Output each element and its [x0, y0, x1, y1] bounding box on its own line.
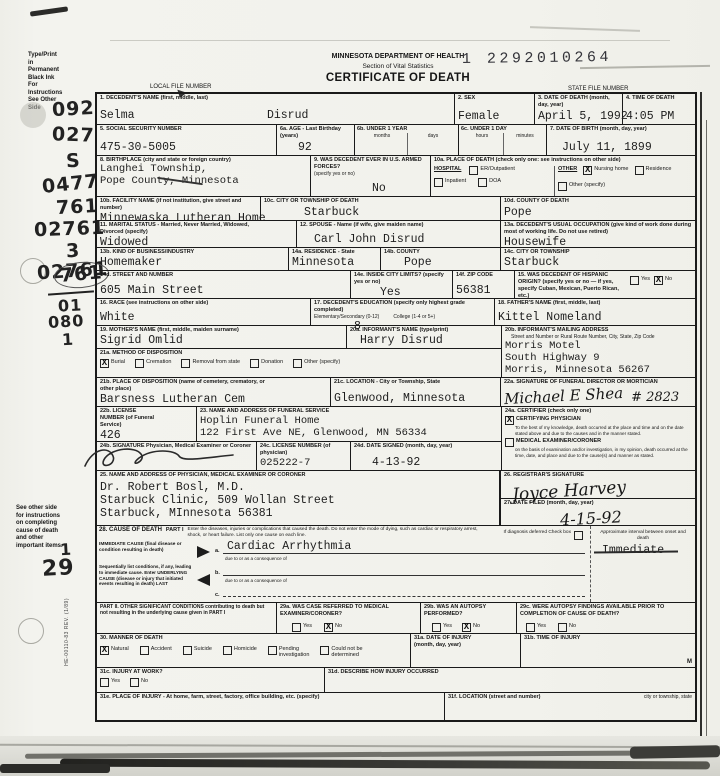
field-sublabel: (specify yes or no): [314, 171, 427, 177]
checkbox-box: [293, 359, 302, 368]
armed-forces-value: No: [372, 182, 427, 195]
field-mother-name: 19. MOTHER'S NAME (first, middle, maiden…: [97, 326, 347, 348]
field-label: 14b. COUNTY: [384, 249, 497, 256]
field-street-number: 14d. STREET AND NUMBER 605 Main Street: [97, 271, 351, 298]
state-file-number-stamp: 1 2292010264: [462, 49, 612, 68]
field-autopsy-performed: 29b. WAS AN AUTOPSY PERFORMED? Yes X No: [421, 603, 517, 633]
checkbox-label: DOA: [489, 178, 501, 184]
residence-county-value: Pope: [404, 256, 497, 269]
physician-signature-scribble: [83, 444, 253, 470]
checkbox-box: X: [462, 623, 471, 632]
field-registrar-signature: 26. REGISTRAR'S SIGNATURE Joyce Harvey: [501, 471, 695, 498]
field-injury-at-work: 31c. INJURY AT WORK? Yes No: [97, 668, 325, 692]
field-label: 7. DATE OF BIRTH (month, day, year): [550, 126, 692, 133]
funeral-director-signature: Michael E Shea: [504, 384, 624, 408]
margin-number: 29: [41, 555, 75, 582]
minutes-sublabel: minutes: [504, 133, 546, 155]
place-of-death-groups: HOSPITAL ER/Outpatient Inpatient: [434, 166, 692, 196]
field-method-of-disposition: 21a. METHOD OF DISPOSITION X Burial Crem…: [97, 349, 501, 373]
line-c-marker: c.: [215, 592, 220, 599]
underlying-cause-stub: Sequentially list conditions, if any, le…: [99, 564, 195, 587]
checkbox-donation: Donation: [250, 359, 283, 368]
time-of-death-value: 4:05 PM: [626, 110, 692, 123]
checkbox-box: [558, 623, 567, 632]
checkbox-box: [268, 646, 277, 655]
city-of-death-value: Starbuck: [304, 206, 497, 219]
cause-line-b: [223, 562, 585, 576]
checkbox-box: X: [100, 646, 109, 655]
checkbox-box: [181, 359, 190, 368]
checkbox-removal-from-state: Removal from state: [181, 359, 240, 368]
field-label: 5. SOCIAL SECURITY NUMBER: [100, 126, 273, 133]
inside-city-limits-value: Yes: [380, 286, 449, 299]
field-under-1-day: 6c. UNDER 1 DAY hours minutes: [459, 125, 547, 155]
checkbox-label: Accident: [151, 646, 172, 652]
cause-arrow-icon: [197, 546, 210, 558]
field-date-of-birth: 7. DATE OF BIRTH (month, day, year) July…: [547, 125, 695, 155]
checkbox-suicide: Suicide: [183, 646, 212, 658]
checkbox-label: No: [665, 276, 672, 282]
checkbox-label: Could not be determined: [331, 646, 362, 658]
field-label: 18. FATHER'S NAME (first, middle, last): [498, 300, 692, 307]
field-label: 10a. PLACE OF DEATH (check only one: see…: [434, 157, 692, 164]
field-label: 14e. INSIDE CITY LIMITS? (specify yes or…: [354, 272, 449, 286]
field-label: 10c. CITY OR TOWNSHIP OF DEATH: [264, 198, 497, 205]
field-residence-city: 14c. CITY OR TOWNSHIP Starbuck: [501, 248, 695, 270]
checkbox-disposition-other: Other (specify): [293, 359, 340, 368]
field-under-1-year: 6b. UNDER 1 YEAR months days: [355, 125, 459, 155]
field-certifier: 24a. CERTIFIER (check only one) X CERTIF…: [501, 407, 695, 470]
physician-line2: Starbuck Clinic, 509 Wollan Street: [100, 494, 496, 507]
informant-address-line2: South Highway 9: [505, 352, 692, 364]
date-signed-value: 4-13-92: [372, 456, 498, 469]
field-label: 31a. DATE OF INJURY (month, day, year): [414, 635, 484, 649]
field-label: 29a. WAS CASE REFERRED TO MEDICAL EXAMIN…: [280, 604, 417, 618]
checkbox-autopsy-yes: Yes: [432, 623, 452, 632]
checkbox-box: [140, 646, 149, 655]
sub-columns: months days: [357, 133, 458, 155]
field-injury-location: 31f. LOCATION (street and number) city o…: [445, 693, 695, 720]
field-hispanic-origin: 15. WAS DECEDENT OF HISPANIC ORIGIN? (sp…: [515, 271, 695, 298]
interval-a-value: Immediate: [602, 544, 664, 557]
part1-label: PART I: [166, 527, 184, 539]
field-label: 6a. AGE - Last Birthday (years): [280, 126, 351, 140]
checkbox-label: Nursing home: [594, 166, 628, 172]
margin-sum-number: 080: [48, 311, 85, 332]
yes-no-row: Yes No: [526, 623, 692, 632]
checkbox-label: Natural: [111, 646, 129, 652]
checkbox-box: [183, 646, 192, 655]
field-date-of-injury: 31a. DATE OF INJURY (month, day, year): [411, 634, 521, 667]
field-marital-status: 11. MARITAL STATUS - Married, Never Marr…: [97, 221, 297, 247]
place-of-disposition-value: Barsness Lutheran Cem: [100, 393, 327, 406]
checkbox-label: Homicide: [234, 646, 257, 652]
punch-hole: [20, 102, 46, 128]
funeral-home-line1: Hoplin Funeral Home: [200, 415, 498, 427]
funeral-license-value: 426: [100, 429, 193, 442]
field-father-name: 18. FATHER'S NAME (first, middle, last) …: [495, 299, 695, 325]
checkbox-box: X: [654, 276, 663, 285]
checkbox-box: [100, 678, 109, 687]
field-label: 17. DECEDENT'S EDUCATION (specify only h…: [314, 300, 491, 314]
checkbox-label: Yes: [641, 276, 650, 282]
field-label: 15. WAS DECEDENT OF HISPANIC ORIGIN? (sp…: [518, 272, 626, 300]
checkbox-findings-no: No: [558, 623, 576, 632]
cause-of-death-section: 28. CAUSE OF DEATH PART I Enter the dise…: [97, 525, 695, 602]
field-age: 6a. AGE - Last Birthday (years) 92: [277, 125, 355, 155]
checkbox-label: No: [141, 678, 148, 684]
age-value: 92: [298, 141, 351, 154]
field-referred-to-examiner: 29a. WAS CASE REFERRED TO MEDICAL EXAMIN…: [277, 603, 421, 633]
checkbox-box: [469, 166, 478, 175]
field-label: 24a. CERTIFIER (check only one): [505, 408, 692, 415]
field-funeral-director-signature: 22a. SIGNATURE OF FUNERAL DIRECTOR OR MO…: [501, 378, 695, 406]
field-label: 13b. KIND OF BUSINESS/INDUSTRY: [100, 249, 285, 256]
field-label: 14d. STREET AND NUMBER: [100, 272, 347, 279]
form-title: CERTIFICATE OF DEATH: [278, 72, 518, 84]
checkbox-mark: X: [507, 415, 512, 425]
cause-line-a: [223, 540, 585, 554]
field-label: 21b. PLACE OF DISPOSITION (name of cemet…: [100, 379, 270, 393]
field-label: 28. CAUSE OF DEATH: [99, 527, 162, 539]
checkbox-other-specify: Other (specify): [558, 182, 605, 191]
injury-location-header: 31f. LOCATION (street and number) city o…: [448, 694, 692, 701]
cause-arrow-icon: [197, 574, 210, 586]
field-label: 10d. COUNTY OF DEATH: [504, 198, 692, 205]
checkbox-residence: Residence: [635, 166, 672, 175]
residence-state-value: Minnesota: [292, 256, 377, 269]
checkbox-label: No: [473, 623, 480, 629]
margin-number: 761: [55, 195, 99, 219]
deferred-label: If diagnosis deferred Check box: [495, 530, 571, 540]
checkbox-label: Burial: [111, 359, 125, 365]
manner-options: X Natural Accident Suicide Homicide: [100, 646, 407, 658]
checkbox-label: No: [335, 623, 342, 629]
checkbox-mark: X: [656, 275, 661, 285]
checkbox-box: X: [583, 166, 592, 175]
field-label: 31c. INJURY AT WORK?: [100, 669, 321, 676]
physician-line3: Starbuck, MInnesota 56381: [100, 507, 496, 520]
field-informant-name: 20a. INFORMANT'S NAME (type/print) Harry…: [347, 326, 501, 348]
field-facility-name: 10b. FACILITY NAME (if not institution, …: [97, 197, 261, 220]
cause-header: 28. CAUSE OF DEATH PART I Enter the dise…: [99, 527, 489, 539]
local-file-number-label: LOCAL FILE NUMBER: [150, 84, 211, 90]
checkbox-label: Yes: [111, 678, 120, 684]
field-birthplace: 8. BIRTHPLACE (city and state or foreign…: [97, 156, 311, 196]
field-label: 3. DATE OF DEATH (month, day, year): [538, 95, 619, 109]
field-disposition-location: 21c. LOCATION - City or Township, State …: [331, 378, 501, 406]
field-label: 31e. PLACE OF INJURY - At home, farm, st…: [100, 694, 441, 701]
checkbox-label: Yes: [443, 623, 452, 629]
hours-sublabel: hours: [461, 133, 504, 155]
checkbox-mark: X: [102, 358, 107, 368]
checkbox-box: [558, 182, 567, 191]
checkbox-box: [130, 678, 139, 687]
field-informant-address: 20b. INFORMANT'S MAILING ADDRESS Street …: [501, 326, 695, 377]
field-label: 20b. INFORMANT'S MAILING ADDRESS: [505, 327, 692, 334]
checkbox-box: X: [324, 623, 333, 632]
field-label: 9. WAS DECEDENT EVER IN U.S. ARMED FORCE…: [314, 157, 427, 171]
checkbox-label: ER/Outpatient: [480, 166, 515, 172]
checkbox-label: Pending investigation: [279, 646, 310, 658]
date-of-death-value: April 5, 1992: [538, 110, 619, 123]
field-label: 31d. DESCRIBE HOW INJURY OCCURRED: [328, 669, 692, 676]
margin-number: S: [65, 150, 81, 173]
checkbox-label: No: [569, 623, 576, 629]
physician-registrar-group: 25. NAME AND ADDRESS OF PHYSICIAN, MEDIC…: [97, 470, 695, 525]
checkbox-label: Residence: [646, 166, 672, 172]
disposition-options: X Burial Cremation Removal from state: [100, 359, 498, 368]
interval-column-divider: [590, 526, 591, 602]
yes-no-row: Yes No: [100, 678, 321, 687]
immediate-cause-stub: IMMEDIATE CAUSE (final disease or condit…: [99, 542, 191, 554]
informant-address-line1: Morris Motel: [505, 340, 692, 352]
hospital-group-label: HOSPITAL: [434, 166, 461, 173]
field-label: PART II. OTHER SIGNIFICANT CONDITIONS co…: [100, 604, 273, 617]
checkbox-mark: X: [326, 622, 331, 632]
field-label: 20a. INFORMANT'S NAME (type/print): [350, 327, 498, 334]
checkbox-box: [292, 623, 301, 632]
yes-no-row: Yes X No: [292, 623, 417, 632]
margin-number: 092: [51, 97, 95, 121]
field-label: 19. MOTHER'S NAME (first, middle, maiden…: [100, 327, 343, 334]
checkbox-label: Yes: [303, 623, 312, 629]
diagnosis-deferred: If diagnosis deferred Check box: [495, 530, 583, 540]
field-physician-signature: 24b. SIGNATURE Physician, Medical Examin…: [97, 442, 257, 470]
birthplace-line2: Pope County, Minnesota: [100, 175, 307, 187]
value-row: Selma Disrud: [100, 105, 451, 123]
certificate-form: 1. DECEDENT'S NAME (first, middle, last)…: [95, 92, 697, 722]
field-county-of-death: 10d. COUNTY OF DEATH Pope: [501, 197, 695, 220]
field-spouse: 12. SPOUSE - Name (if wife, give maiden …: [297, 221, 501, 247]
date-of-birth-value: July 11, 1899: [562, 141, 692, 154]
zip-code-value: 56381: [456, 284, 511, 297]
field-manner-of-death: 30. MANNER OF DEATH X Natural Accident S…: [97, 634, 411, 667]
field-business-industry: 13b. KIND OF BUSINESS/INDUSTRY Homemaker: [97, 248, 289, 270]
days-sublabel: days: [408, 133, 458, 155]
field-race: 16. RACE (see instructions on other side…: [97, 299, 311, 325]
field-education: 17. DECEDENT'S EDUCATION (specify only h…: [311, 299, 495, 325]
field-usual-occupation: 13a. DECEDENT'S USUAL OCCUPATION (give k…: [501, 221, 695, 247]
field-label: 14c. CITY OR TOWNSHIP: [504, 249, 692, 256]
field-ssn: 5. SOCIAL SECURITY NUMBER 475-30-5005: [97, 125, 277, 155]
field-label: 12. SPOUSE - Name (if wife, give maiden …: [300, 222, 497, 229]
checkbox-box: [574, 531, 583, 540]
line-b-marker: b.: [215, 570, 220, 577]
checkbox-referred-no: X No: [324, 623, 342, 632]
field-label: 24c. LICENSE NUMBER (of physician): [260, 443, 347, 457]
field-label: 31b. TIME OF INJURY: [524, 635, 692, 642]
spouse-value: Carl John Disrud: [314, 233, 497, 246]
checkbox-doa: DOA: [478, 178, 501, 187]
field-label: 2. SEX: [458, 95, 531, 102]
checkbox-mark: X: [464, 622, 469, 632]
father-name-value: Kittel Nomeland: [498, 311, 692, 324]
checkbox-box: [250, 359, 259, 368]
checkbox-box: [434, 178, 443, 187]
field-part2-conditions: PART II. OTHER SIGNIFICANT CONDITIONS co…: [97, 603, 277, 633]
funeral-director-license-handwritten: # 2823: [631, 390, 679, 405]
informant-disposition-group: 19. MOTHER'S NAME (first, middle, maiden…: [97, 325, 695, 377]
cause-line-c: [223, 584, 585, 597]
county-of-death-value: Pope: [504, 206, 692, 219]
sub-columns: hours minutes: [461, 133, 546, 155]
physician-line1: Dr. Robert Bosl, M.D.: [100, 481, 496, 494]
field-sex: 2. SEX Female: [455, 94, 535, 124]
field-residence-county: 14b. COUNTY Pope: [381, 248, 501, 270]
checkbox-hispanic-no: X No: [654, 276, 672, 300]
field-place-of-injury: 31e. PLACE OF INJURY - At home, farm, st…: [97, 693, 445, 720]
mother-name-value: Sigrid Omlid: [100, 334, 343, 347]
checkbox-burial: X Burial: [100, 359, 125, 368]
field-funeral-service: 23. NAME AND ADDRESS OF FUNERAL SERVICE …: [197, 407, 501, 441]
funeral-certifier-group: 22b. LICENSE NUMBER (of Funeral Service)…: [97, 406, 695, 470]
checkbox-label: Other (specify): [304, 359, 340, 365]
field-label: 14a. RESIDENCE - State: [292, 249, 377, 256]
checkbox-pending-investigation: Pending investigation: [268, 646, 310, 658]
field-label: 16. RACE (see instructions on other side…: [100, 300, 307, 307]
field-time-of-injury: 31b. TIME OF INJURY M: [521, 634, 695, 667]
checkbox-label: CERTIFYING PHYSICIAN: [516, 416, 581, 422]
checkbox-hispanic-yes: Yes: [630, 276, 650, 300]
checkbox-box: X: [100, 359, 109, 368]
field-physician-name-address: 25. NAME AND ADDRESS OF PHYSICIAN, MEDIC…: [97, 471, 500, 525]
checkbox-label: Donation: [261, 359, 283, 365]
punch-hole: [18, 618, 44, 644]
field-inside-city-limits: 14e. INSIDE CITY LIMITS? (specify yes or…: [351, 271, 453, 298]
field-funeral-license-number: 22b. LICENSE NUMBER (of Funeral Service)…: [97, 407, 197, 441]
checkbox-autopsy-no: X No: [462, 623, 480, 632]
checkbox-certifying-physician: X CERTIFYING PHYSICIAN: [505, 416, 692, 425]
checkbox-box: [320, 646, 329, 655]
field-label: 4. TIME OF DEATH: [626, 95, 692, 102]
checkbox-injury-work-no: No: [130, 678, 148, 687]
checkbox-mark: X: [102, 645, 107, 655]
scanned-death-certificate: Type/Print in Permanent Black Ink For In…: [0, 0, 720, 776]
checkbox-box: [635, 166, 644, 175]
residence-city-value: Starbuck: [504, 256, 692, 269]
interval-label: Approximate interval between onset and d…: [600, 530, 686, 542]
field-decedent-name: 1. DECEDENT'S NAME (first, middle, last)…: [97, 94, 455, 124]
field-label: 1. DECEDENT'S NAME (first, middle, last): [100, 95, 451, 102]
checkbox-accident: Accident: [140, 646, 172, 658]
checkbox-box: X: [505, 416, 514, 425]
field-label: 29b. WAS AN AUTOPSY PERFORMED?: [424, 604, 513, 618]
field-armed-forces: 9. WAS DECEDENT EVER IN U.S. ARMED FORCE…: [311, 156, 431, 196]
hispanic-origin-content: 15. WAS DECEDENT OF HISPANIC ORIGIN? (sp…: [518, 272, 692, 300]
field-label: 6c. UNDER 1 DAY: [461, 126, 546, 133]
field-label: 10b. FACILITY NAME (if not institution, …: [100, 198, 257, 212]
due-to-label: due to or as a consequence of: [225, 578, 287, 584]
field-label: 21c. LOCATION - City or Township, State: [334, 379, 497, 386]
checkbox-box: [630, 276, 639, 285]
informant-name-value: Harry Disrud: [360, 334, 498, 347]
field-place-of-disposition: 21b. PLACE OF DISPOSITION (name of cemet…: [97, 378, 331, 406]
field-physician-license: 24c. LICENSE NUMBER (of physician) 02522…: [257, 442, 351, 470]
field-label: 6b. UNDER 1 YEAR: [357, 126, 458, 133]
street-number-value: 605 Main Street: [100, 284, 347, 297]
checkbox-label: Suicide: [194, 646, 212, 652]
months-sublabel: months: [357, 133, 408, 155]
field-time-of-death: 4. TIME OF DEATH 4:05 PM: [623, 94, 695, 124]
ssn-value: 475-30-5005: [100, 141, 273, 154]
checkbox-label: Other (specify): [569, 182, 605, 188]
checkbox-findings-yes: Yes: [526, 623, 546, 632]
decedent-last-name: Disrud: [267, 109, 308, 122]
checkbox-label: Removal from state: [192, 359, 240, 365]
hospital-group: HOSPITAL ER/Outpatient Inpatient: [434, 166, 555, 196]
marital-status-value: Widowed: [100, 236, 293, 249]
checkbox-label: MEDICAL EXAMINER/CORONER: [516, 438, 601, 444]
field-label: 23. NAME AND ADDRESS OF FUNERAL SERVICE: [200, 408, 498, 415]
checkbox-box: [432, 623, 441, 632]
checkbox-homicide: Homicide: [223, 646, 257, 658]
business-industry-value: Homemaker: [100, 256, 285, 269]
checkbox-er-outpatient: ER/Outpatient: [469, 166, 515, 175]
disposition-location-value: Glenwood, Minnesota: [334, 392, 497, 405]
field-date-filed: 27. DATE FILED (month, day, year) 4-15-9…: [501, 498, 695, 525]
field-city-of-death: 10c. CITY OR TOWNSHIP OF DEATH Starbuck: [261, 197, 501, 220]
margin-number: 027: [52, 123, 95, 146]
city-township-state-sublabel: city or township, state: [644, 694, 692, 701]
field-date-of-death: 3. DATE OF DEATH (month, day, year) Apri…: [535, 94, 623, 124]
checkbox-box: [223, 646, 232, 655]
checkbox-medical-examiner: MEDICAL EXAMINER/CORONER: [505, 438, 692, 447]
checkbox-box: [505, 438, 514, 447]
checkbox-box: [135, 359, 144, 368]
field-label: 21a. METHOD OF DISPOSITION: [100, 350, 498, 357]
signature-row: Michael E Shea # 2823: [504, 387, 692, 405]
birthplace-line1: Langhei Township,: [100, 163, 307, 175]
checkbox-mark: X: [585, 165, 590, 175]
other-group-label: OTHER: [558, 166, 577, 173]
field-label: 30. MANNER OF DEATH: [100, 635, 407, 642]
checkbox-referred-yes: Yes: [292, 623, 312, 632]
checkbox-nursing-home: X Nursing home: [583, 166, 628, 175]
yes-no-row: Yes X No: [432, 623, 513, 632]
time-of-injury-m-suffix: M: [687, 659, 692, 667]
race-value: White: [100, 311, 307, 324]
due-to-label: due to or as a consequence of: [225, 556, 287, 562]
funeral-home-line2: 122 First Ave NE, Glenwood, MN 56334: [200, 427, 498, 439]
medical-examiner-text: on the basis of examination and/or inves…: [515, 447, 692, 458]
field-date-signed: 24d. DATE SIGNED (month, day, year) 4-13…: [351, 442, 501, 470]
field-zip-code: 14f. ZIP CODE 56381: [453, 271, 515, 298]
checkbox-cremation: Cremation: [135, 359, 171, 368]
checkbox-box: [526, 623, 535, 632]
checkbox-label: Inpatient: [445, 178, 466, 184]
certifying-physician-text: To the best of my knowledge, death occur…: [515, 425, 692, 436]
field-label: 24d. DATE SIGNED (month, day, year): [354, 443, 498, 450]
checkbox-label: Cremation: [146, 359, 171, 365]
informant-address-line3: Morris, Minnesota 56267: [505, 364, 692, 376]
physician-license-value: 025222-7: [260, 457, 347, 469]
part1-instructions: Enter the diseases, injuries or complica…: [188, 527, 489, 539]
field-how-injury-occurred: 31d. DESCRIBE HOW INJURY OCCURRED: [325, 668, 695, 692]
field-label: 31f. LOCATION (street and number): [448, 694, 541, 701]
checkbox-natural: X Natural: [100, 646, 129, 658]
field-label: 25. NAME AND ADDRESS OF PHYSICIAN, MEDIC…: [100, 472, 496, 479]
checkbox-injury-work-yes: Yes: [100, 678, 120, 687]
field-label: 13a. DECEDENT'S USUAL OCCUPATION (give k…: [504, 222, 692, 236]
margin-sum-number: 1: [62, 330, 75, 350]
field-label: 14f. ZIP CODE: [456, 272, 511, 279]
field-autopsy-findings-available: 29c. WERE AUTOPSY FINDINGS AVAILABLE PRI…: [517, 603, 695, 633]
checkbox-could-not-be-determined: Could not be determined: [320, 646, 362, 658]
other-group: OTHER X Nursing home Residence: [555, 166, 692, 196]
field-label: 11. MARITAL STATUS - Married, Never Marr…: [100, 222, 250, 236]
checkbox-inpatient: Inpatient: [434, 178, 466, 187]
